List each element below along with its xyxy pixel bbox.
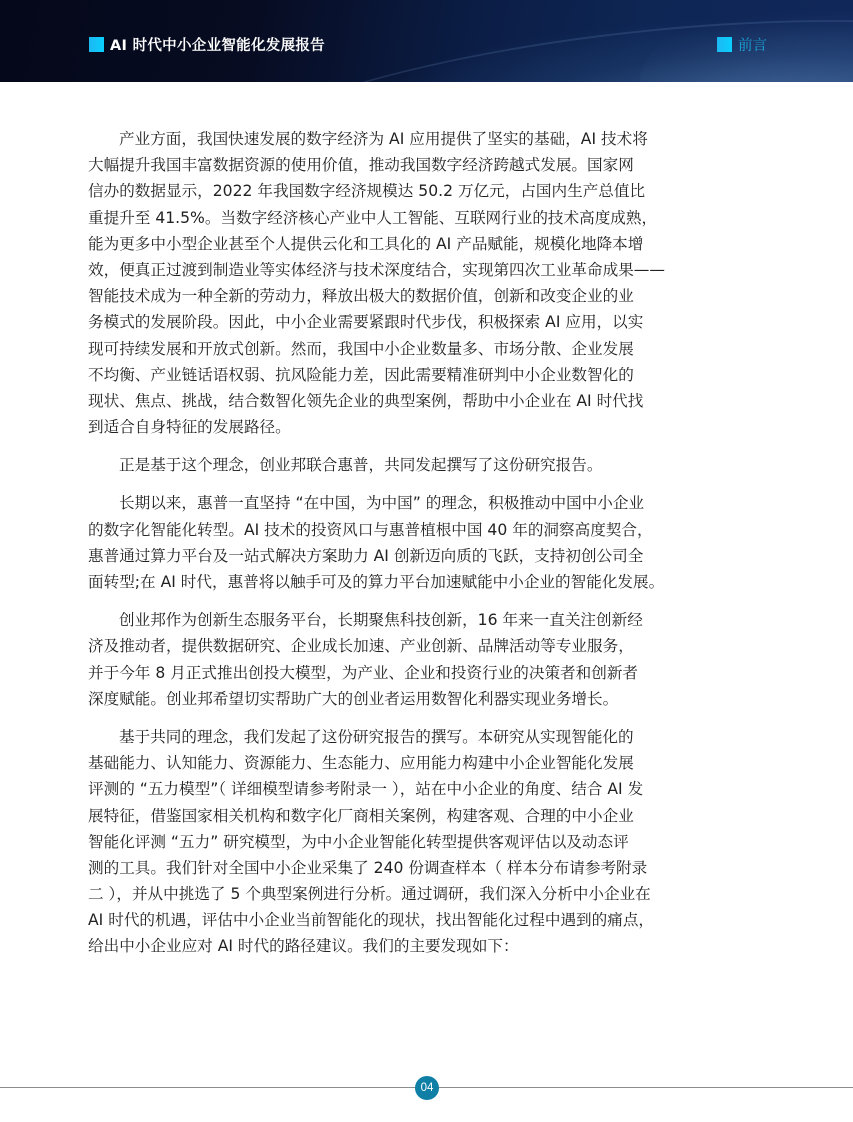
text-line: 效，便真正过渡到制造业等实体经济与技术深度结合，实现第四次工业革命成果——	[88, 257, 648, 283]
text-line: 并于今年 8 月正式推出创投大模型，为产业、企业和投资行业的决策者和创新者	[88, 660, 648, 686]
text-line: AI 时代的机遇，评估中小企业当前智能化的现状，找出智能化过程中遇到的痛点，	[88, 907, 648, 933]
text-line: 测的工具。我们针对全国中小企业采集了 240 份调查样本（ 样本分布请参考附录	[88, 855, 648, 881]
text-line: 的数字化智能化转型。AI 技术的投资风口与惠普植根中国 40 年的洞察高度契合，	[88, 517, 648, 543]
text-line: 创业邦作为创新生态服务平台，长期聚焦科技创新，16 年来一直关注创新经	[88, 607, 648, 633]
text-line: 济及推动者，提供数据研究、企业成长加速、产业创新、品牌活动等专业服务，	[88, 633, 648, 659]
body-text: 产业方面，我国快速发展的数字经济为 AI 应用提供了坚实的基础，AI 技术将 大…	[88, 126, 648, 972]
text-line: 展特征，借鉴国家相关机构和数字化厂商相关案例，构建客观、合理的中小企业	[88, 803, 648, 829]
paragraph-partnership: 正是基于这个理念，创业邦联合惠普，共同发起撰写了这份研究报告。	[88, 452, 648, 478]
text-line: 长期以来，惠普一直坚持 “在中国，为中国” 的理念，积极推动中国中小企业	[88, 490, 648, 516]
text-line: 智能技术成为一种全新的劳动力，释放出极大的数据价值，创新和改变企业的业	[88, 283, 648, 309]
page-header: AI 时代中小企业智能化发展报告 前言	[0, 0, 853, 82]
text-line: 现可持续发展和开放式创新。然而，我国中小企业数量多、市场分散、企业发展	[88, 336, 648, 362]
square-marker-icon	[717, 37, 732, 52]
paragraph-industry: 产业方面，我国快速发展的数字经济为 AI 应用提供了坚实的基础，AI 技术将 大…	[88, 126, 648, 440]
square-marker-icon	[89, 37, 104, 52]
paragraph-cyzone: 创业邦作为创新生态服务平台，长期聚焦科技创新，16 年来一直关注创新经 济及推动…	[88, 607, 648, 712]
paragraph-hp: 长期以来，惠普一直坚持 “在中国，为中国” 的理念，积极推动中国中小企业 的数字…	[88, 490, 648, 595]
text-line: 智能化评测 “五力” 研究模型，为中小企业智能化转型提供客观评估以及动态评	[88, 829, 648, 855]
text-line: 能为更多中小型企业甚至个人提供云化和工具化的 AI 产品赋能，规模化地降本增	[88, 231, 648, 257]
text-line: 给出中小企业应对 AI 时代的路径建议。我们的主要发现如下：	[88, 933, 648, 959]
text-line: 正是基于这个理念，创业邦联合惠普，共同发起撰写了这份研究报告。	[88, 452, 648, 478]
text-line: 重提升至 41.5%。当数字经济核心产业中人工智能、互联网行业的技术高度成熟，	[88, 205, 648, 231]
paragraph-research: 基于共同的理念，我们发起了这份研究报告的撰写。本研究从实现智能化的 基础能力、认…	[88, 724, 648, 960]
document-title: AI 时代中小企业智能化发展报告	[110, 34, 325, 55]
text-line: 基于共同的理念，我们发起了这份研究报告的撰写。本研究从实现智能化的	[88, 724, 648, 750]
text-line: 深度赋能。创业邦希望切实帮助广大的创业者运用数智化利器实现业务增长。	[88, 686, 648, 712]
text-line: 基础能力、认知能力、资源能力、生态能力、应用能力构建中小企业智能化发展	[88, 750, 648, 776]
section-title: 前言	[738, 34, 767, 55]
document-title-block: AI 时代中小企业智能化发展报告	[89, 35, 325, 53]
text-line: 面转型;在 AI 时代，惠普将以触手可及的算力平台加速赋能中小企业的智能化发展。	[88, 569, 648, 595]
text-line: 不均衡、产业链话语权弱、抗风险能力差，因此需要精准研判中小企业数智化的	[88, 362, 648, 388]
text-line: 惠普通过算力平台及一站式解决方案助力 AI 创新迈向质的飞跃，支持初创公司全	[88, 543, 648, 569]
text-line: 务模式的发展阶段。因此，中小企业需要紧跟时代步伐，积极探索 AI 应用，以实	[88, 309, 648, 335]
text-line: 产业方面，我国快速发展的数字经济为 AI 应用提供了坚实的基础，AI 技术将	[88, 126, 648, 152]
text-line: 大幅提升我国丰富数据资源的使用价值，推动我国数字经济跨越式发展。国家网	[88, 152, 648, 178]
section-title-block: 前言	[717, 35, 767, 53]
text-line: 二 ），并从中挑选了 5 个典型案例进行分析。通过调研，我们深入分析中小企业在	[88, 881, 648, 907]
text-line: 现状、焦点、挑战，结合数智化领先企业的典型案例，帮助中小企业在 AI 时代找	[88, 388, 648, 414]
page-number-badge: 04	[415, 1076, 439, 1100]
text-line: 到适合自身特征的发展路径。	[88, 414, 648, 440]
text-line: 评测的 “五力模型”（ 详细模型请参考附录一 ），站在中小企业的角度、结合 AI…	[88, 776, 648, 802]
text-line: 信办的数据显示，2022 年我国数字经济规模达 50.2 万亿元，占国内生产总值…	[88, 178, 648, 204]
